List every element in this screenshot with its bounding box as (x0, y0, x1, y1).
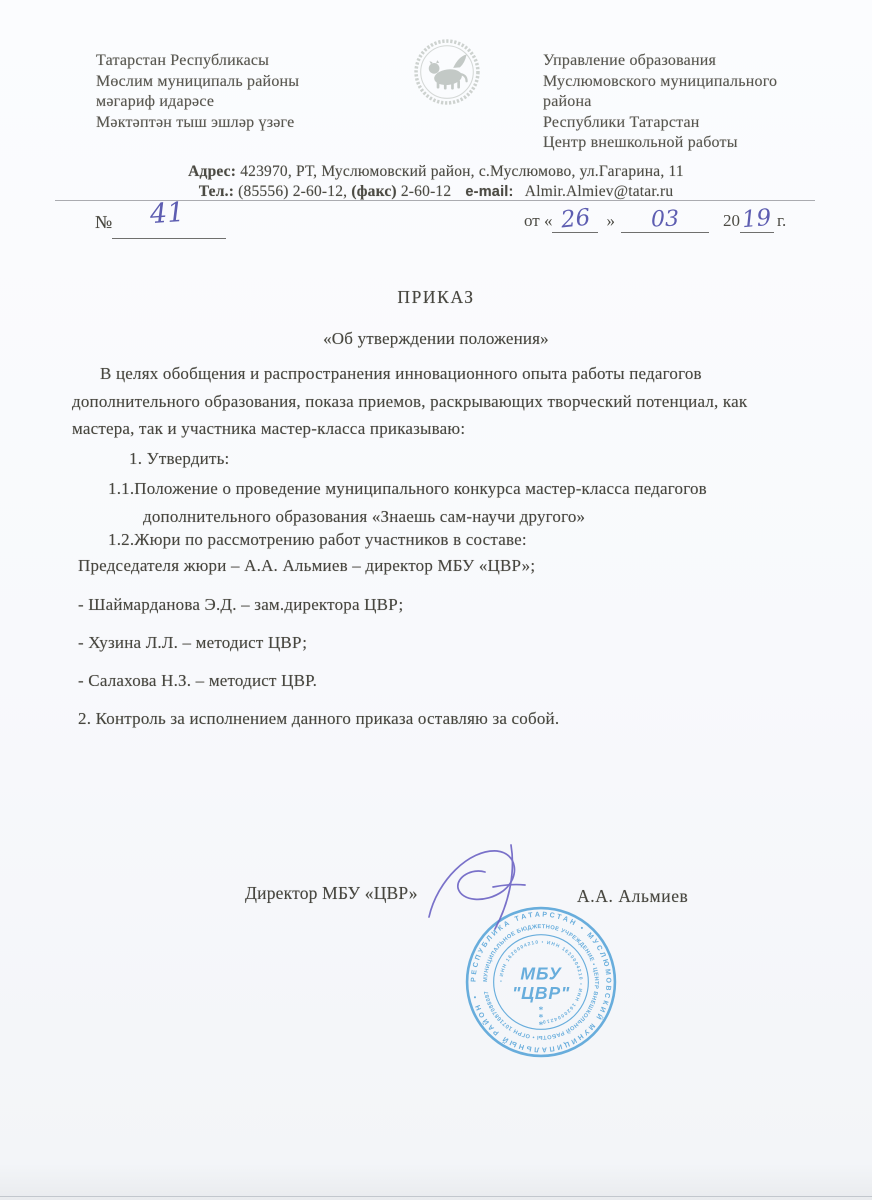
jury-member-line: - Хузина Л.Л. – методист ЦВР; (78, 632, 307, 654)
fax-value: 2-60-12 (401, 183, 451, 200)
signatory-position: Директор МБУ «ЦВР» (245, 882, 418, 904)
header-left-line: Мәктәптән тыш эшләр үзәге (96, 113, 299, 134)
signature-strokes (429, 845, 525, 929)
email-value: Almir.Almiev@tatar.ru (525, 183, 673, 200)
date-year-prefix: 20 (723, 211, 740, 231)
header-left-block: Татарстан Республикасы Мөслим муниципаль… (96, 51, 299, 133)
intro-paragraph: В целях обобщения и распространения инно… (72, 360, 787, 443)
stamp-center-line1: МБУ (520, 964, 562, 984)
contact-block: Адрес: 423970, РТ, Муслюмовский район, с… (0, 162, 872, 202)
date-ot-label: от « (524, 211, 552, 231)
winged-leopard-icon (429, 54, 467, 89)
header-right-line: Центр внешкольной работы (543, 133, 777, 154)
date-month-underline: 03 (621, 207, 709, 233)
header-left-line: Мөслим муниципаль районы (96, 72, 299, 93)
jury-member-line: - Салахова Н.З. – методист ЦВР. (78, 670, 317, 692)
order-number-underline (112, 238, 226, 239)
scan-edge-line (0, 1196, 872, 1197)
date-day-underline: 26 (552, 206, 598, 233)
order-item-1-1: 1.1.Положение о проведение муниципальног… (108, 475, 783, 530)
header-right-line: Муслюмовского муниципального (543, 72, 777, 93)
order-number-handwritten: 41 (149, 197, 185, 230)
stamp-center-line2: "ЦВР" (512, 983, 570, 1003)
address-value: 423970, РТ, Муслюмовский район, с.Муслюм… (240, 163, 684, 180)
fax-label: (факс) (351, 183, 396, 200)
header-right-block: Управление образования Муслюмовского мун… (543, 51, 777, 154)
order-item-1-2: 1.2.Жюри по рассмотрению работ участнико… (108, 529, 527, 551)
tatarstan-emblem-icon (414, 39, 480, 105)
header-left-line: Татарстан Республикасы (96, 51, 299, 72)
date-g-label: г. (777, 211, 786, 231)
jury-chairman-line: Председателя жюри – А.А. Альмиев – дирек… (78, 555, 535, 577)
date-year-handwritten: 19 (741, 205, 772, 233)
phone-label: Тел.: (199, 183, 234, 200)
date-month-handwritten: 03 (651, 207, 680, 233)
address-line: Адрес: 423970, РТ, Муслюмовский район, с… (0, 162, 872, 182)
date-quote: » (606, 211, 615, 231)
scanned-order-document: Татарстан Республикасы Мөслим муниципаль… (0, 0, 872, 1200)
jury-member-line: - Шаймарданова Э.Д. – зам.директора ЦВР; (78, 594, 403, 616)
header-right-line: Республики Татарстан (543, 113, 777, 134)
stamp-asterisk: * (539, 1020, 544, 1030)
order-item-2: 2. Контроль за исполнением данного прика… (78, 708, 559, 730)
order-number-label: № (95, 212, 112, 233)
header-left-line: мәгариф идарәсе (96, 92, 299, 113)
date-day-handwritten: 26 (560, 205, 592, 234)
order-item-1: 1. Утвердить: (129, 448, 229, 470)
date-row: от « 26 » 03 20 19 г. (524, 206, 786, 233)
phone-value: (85556) 2-60-12, (238, 183, 347, 200)
header-right-line: района (543, 92, 777, 113)
header-right-line: Управление образования (543, 51, 777, 72)
document-subtitle: «Об утверждении положения» (0, 329, 872, 349)
handwritten-signature-icon (423, 841, 553, 933)
email-label: e-mail: (465, 184, 513, 200)
date-year-underline: 19 (740, 206, 774, 233)
document-title: ПРИКАЗ (0, 287, 872, 308)
phone-line: Тел.: (85556) 2-60-12, (факс) 2-60-12 e-… (0, 182, 872, 203)
signatory-name: А.А. Альмиев (577, 885, 688, 907)
address-label: Адрес: (188, 163, 236, 180)
